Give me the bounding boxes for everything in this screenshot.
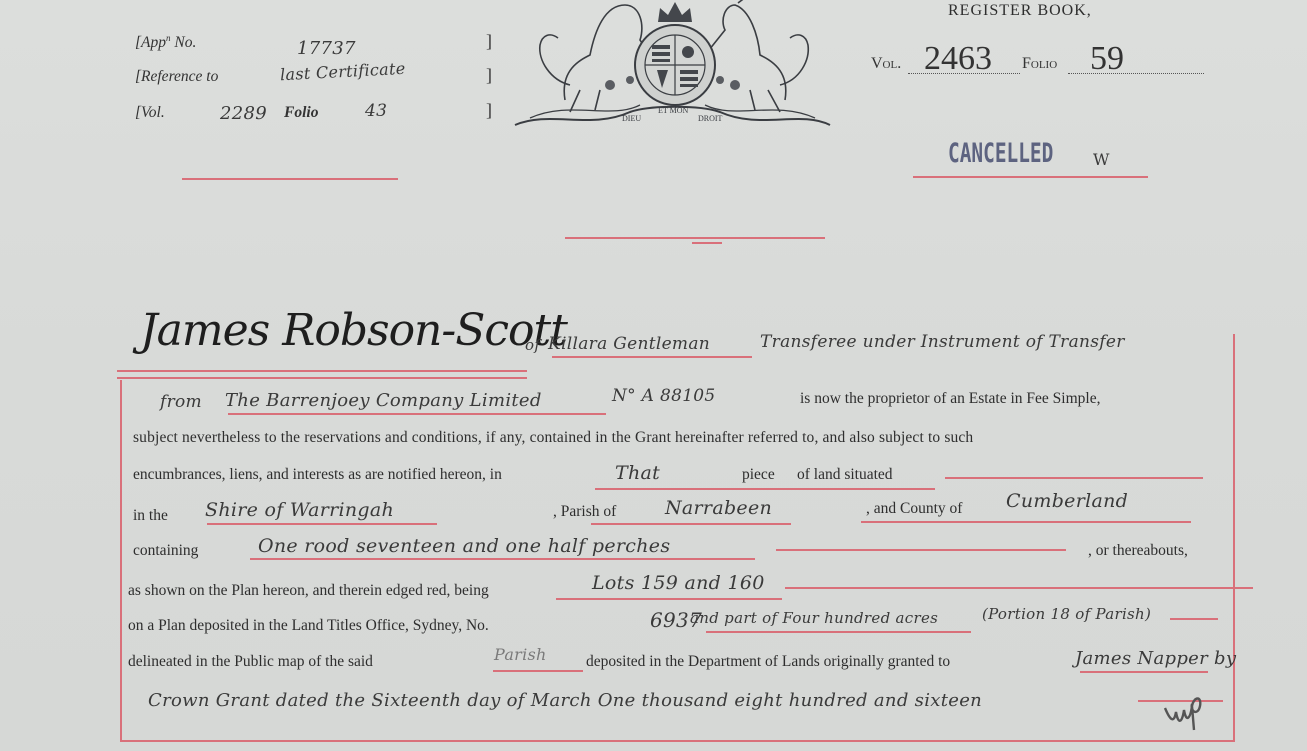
svg-text:DIEU: DIEU <box>622 114 641 123</box>
royal-coat-of-arms-icon: DIEU ET MON DROIT <box>510 0 835 132</box>
underline <box>1080 671 1208 673</box>
underline <box>861 521 1191 523</box>
encumbrances-text: encumbrances, liens, and interests as ar… <box>133 466 502 484</box>
capacity: Transferee under Instrument of Transfer <box>760 332 1125 352</box>
underline <box>493 670 583 672</box>
grantee-value: James Napper by <box>1075 648 1236 669</box>
stamp-initial: W <box>1093 150 1110 169</box>
svg-text:DROIT: DROIT <box>698 114 723 123</box>
initials-signature-icon <box>1162 690 1207 732</box>
lots-value: Lots 159 and 160 <box>592 572 765 594</box>
svg-text:ET MON: ET MON <box>658 106 689 115</box>
underline <box>250 558 755 560</box>
or-thereabouts-text: , or thereabouts, <box>1088 542 1188 560</box>
piece-text: piece <box>742 466 775 484</box>
of-text: of <box>525 336 540 354</box>
rule-line <box>913 176 1148 178</box>
folio-value: 43 <box>365 101 387 121</box>
bracket-close: ] <box>486 100 492 121</box>
vol-value: 2463 <box>924 40 992 78</box>
proprietor-statement: is now the proprietor of an Estate in Fe… <box>800 390 1100 408</box>
parish-value: Narrabeen <box>665 497 772 519</box>
border-top-double <box>117 370 527 372</box>
shire-value: Shire of Warringah <box>205 499 394 521</box>
vol-label: Vol. <box>871 55 901 73</box>
vol-label: [Vol. <box>135 104 165 122</box>
border-left <box>120 380 122 742</box>
bracket-close: ] <box>486 31 492 52</box>
border-bottom <box>120 740 1235 742</box>
blank-line <box>1170 618 1218 620</box>
folio-label: Folio <box>1022 55 1057 73</box>
cancelled-stamp: CANCELLED <box>948 138 1053 169</box>
underline <box>556 598 782 600</box>
register-book-title: REGISTER BOOK, <box>948 2 1092 20</box>
bracket-close: ] <box>486 65 492 86</box>
parish-label: , Parish of <box>553 503 616 521</box>
blank-line <box>785 587 1253 589</box>
part-of-value: and part of Four hundred acres <box>690 609 938 627</box>
from-text: from <box>160 392 202 412</box>
transferor: The Barrenjoey Company Limited <box>225 390 542 411</box>
plan-hereon-text: as shown on the Plan hereon, and therein… <box>128 582 489 600</box>
app-no-label: [Appn No. <box>135 33 196 52</box>
register-page: [Appn No. 17737 ] [Reference to last Cer… <box>0 0 1307 751</box>
county-value: Cumberland <box>1006 490 1128 512</box>
plan-deposited-text: on a Plan deposited in the Land Titles O… <box>128 617 489 635</box>
blank-line <box>945 477 1203 479</box>
rule-line <box>565 237 825 239</box>
underline <box>207 523 437 525</box>
area-value: One rood seventeen and one half perches <box>258 535 670 557</box>
land-situated-text: of land situated <box>797 466 893 484</box>
underline <box>591 523 791 525</box>
crown-grant-value: Crown Grant dated the Sixteenth day of M… <box>148 690 982 711</box>
instrument-no: N° A 88105 <box>612 386 716 406</box>
border-top-double <box>117 377 527 379</box>
portion-value: (Portion 18 of Parish) <box>982 605 1151 623</box>
rule-line <box>182 178 398 180</box>
app-no-value: 17737 <box>297 38 356 59</box>
folio-dotted-line <box>1068 73 1204 74</box>
that-value: That <box>615 462 660 484</box>
containing-text: containing <box>133 542 198 560</box>
folio-value: 59 <box>1090 40 1124 78</box>
underline <box>552 356 752 358</box>
said-parish-value: Parish <box>494 645 547 664</box>
underline <box>228 413 606 415</box>
border-right <box>1233 334 1235 741</box>
residence: Killara Gentleman <box>548 334 710 354</box>
county-label: , and County of <box>866 500 962 518</box>
proprietor-name: James Robson-Scott <box>140 305 567 356</box>
folio-label: Folio <box>284 104 318 122</box>
reference-label: [Reference to <box>135 68 218 86</box>
public-map-text: delineated in the Public map of the said <box>128 653 373 671</box>
blank-line <box>776 549 1066 551</box>
department-text: deposited in the Department of Lands ori… <box>586 653 950 671</box>
in-the-text: in the <box>133 507 168 525</box>
rule-line <box>692 242 722 244</box>
underline <box>706 631 971 633</box>
reservations-text: subject nevertheless to the reservations… <box>133 429 973 447</box>
vol-value: 2289 <box>220 103 267 124</box>
reference-value: last Certificate <box>280 59 406 85</box>
underline <box>595 488 935 490</box>
